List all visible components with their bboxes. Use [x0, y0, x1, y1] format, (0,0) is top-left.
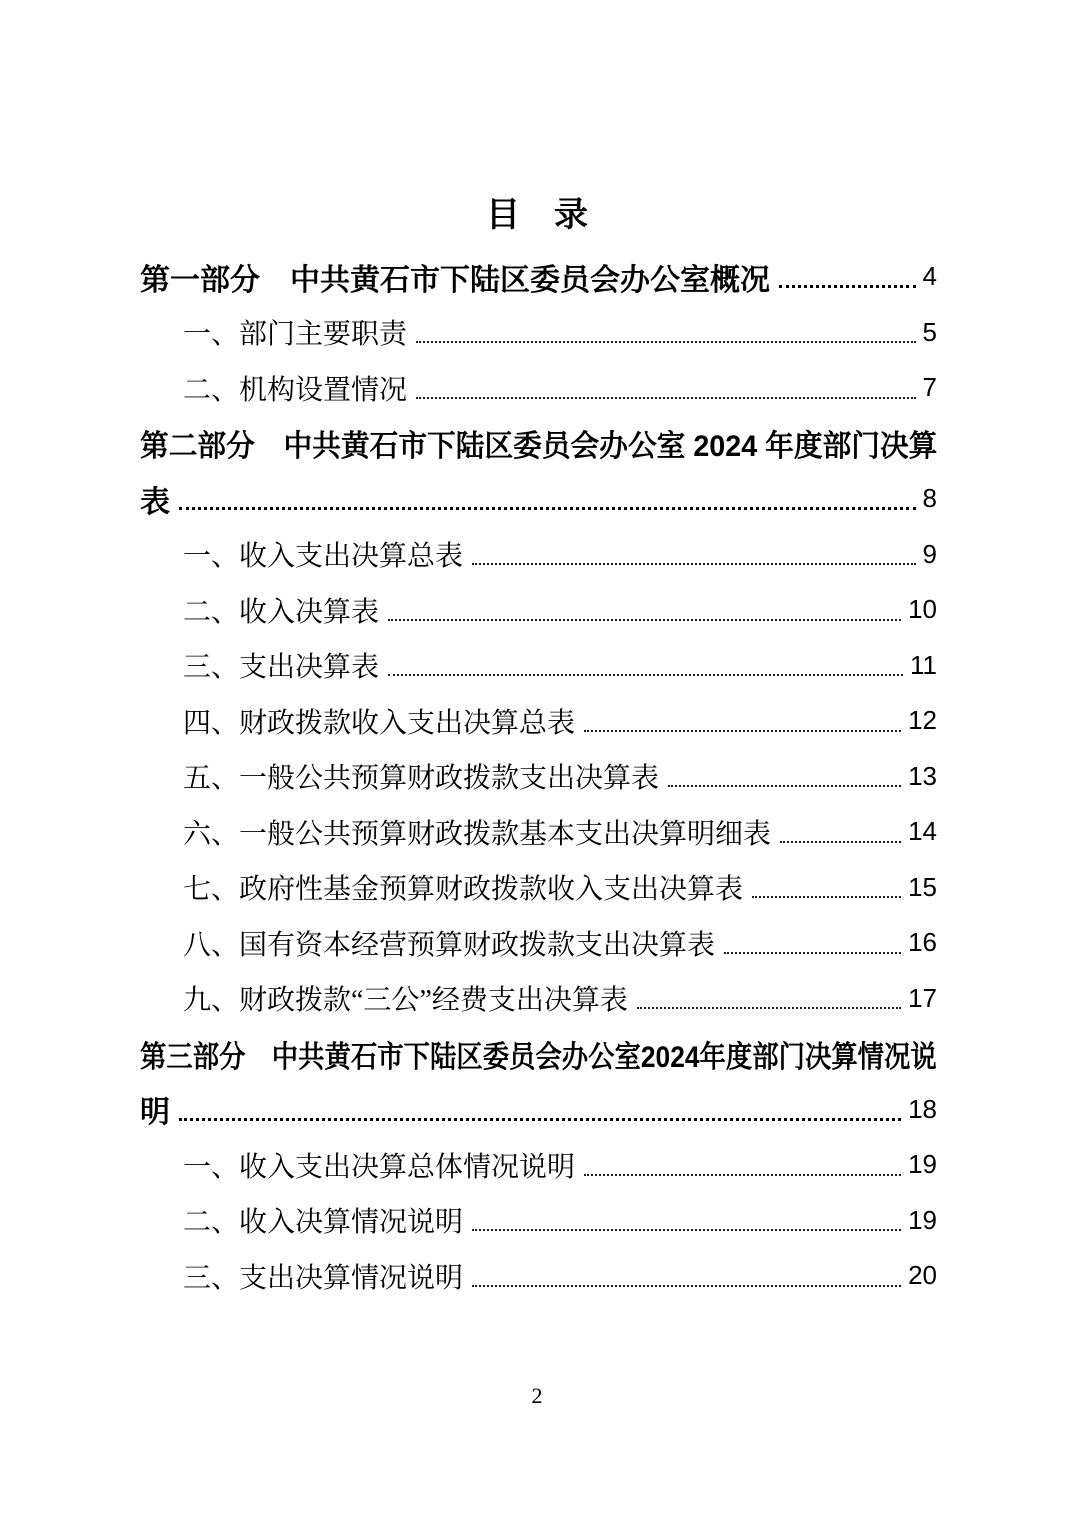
dot-leader [724, 952, 901, 954]
toc-entry-text: 三、支出决算表 [183, 645, 379, 685]
toc-entry-text: 二、收入决算情况说明 [183, 1200, 463, 1240]
toc-entry-text: 二、机构设置情况 [183, 368, 407, 408]
toc-entry[interactable]: 一、收入支出决算总体情况说明19 [140, 1137, 937, 1193]
toc-entry-page: 12 [908, 705, 937, 736]
toc-entry-text: 第一部分 中共黄石市下陆区委员会办公室概况 [140, 255, 770, 299]
toc-entry-text: 九、财政拨款“三公”经费支出决算表 [183, 978, 628, 1018]
footer-page-number: 2 [0, 1383, 1074, 1409]
toc-entry-page: 11 [910, 650, 937, 681]
dot-leader [780, 841, 901, 843]
toc-entry-page: 10 [908, 594, 937, 625]
toc-entry-text: 一、收入支出决算总体情况说明 [183, 1145, 575, 1185]
toc-entry-text: 三、支出决算情况说明 [183, 1256, 463, 1296]
document-page: 目 录 第一部分 中共黄石市下陆区委员会办公室概况4一、部门主要职责5二、机构设… [0, 0, 1074, 1520]
toc-entry[interactable]: 八、国有资本经营预算财政拨款支出决算表16 [140, 915, 937, 971]
toc-entry-page: 7 [923, 372, 937, 403]
dot-leader [179, 507, 916, 510]
toc-entry[interactable]: 第一部分 中共黄石市下陆区委员会办公室概况4 [140, 249, 937, 305]
toc-entry[interactable]: 五、一般公共预算财政拨款支出决算表13 [140, 749, 937, 805]
toc-title: 目 录 [0, 196, 1074, 237]
toc-entry-text: 八、国有资本经营预算财政拨款支出决算表 [183, 923, 715, 963]
toc-entry-page: 13 [908, 761, 937, 792]
toc-entry-text: 六、一般公共预算财政拨款基本支出决算明细表 [183, 812, 771, 852]
toc-entry-page: 4 [923, 261, 937, 292]
dot-leader [472, 563, 916, 565]
dot-leader [472, 1285, 901, 1287]
toc-entry-text: 五、一般公共预算财政拨款支出决算表 [183, 756, 659, 796]
toc-entry-page: 15 [908, 872, 937, 903]
dot-leader [584, 1174, 901, 1176]
toc-entry-page: 9 [923, 539, 937, 570]
dot-leader [416, 397, 916, 399]
toc-entry-page: 20 [908, 1260, 937, 1291]
dot-leader [179, 1118, 901, 1121]
dot-leader [388, 674, 903, 676]
toc-entry-text: 第三部分 中共黄石市下陆区委员会办公室2024年度部门决算情况说 [140, 1032, 937, 1076]
toc-entry[interactable]: 一、部门主要职责5 [140, 305, 937, 361]
toc-entry-page: 14 [908, 816, 937, 847]
dot-leader [388, 619, 901, 621]
toc-entry[interactable]: 第三部分 中共黄石市下陆区委员会办公室2024年度部门决算情况说 [140, 1026, 937, 1082]
toc-entry[interactable]: 七、政府性基金预算财政拨款收入支出决算表15 [140, 860, 937, 916]
dot-leader [584, 730, 901, 732]
dot-leader [752, 896, 901, 898]
toc-entry-text: 一、部门主要职责 [183, 312, 407, 352]
toc-entry-page: 16 [908, 927, 937, 958]
toc-entry-text: 四、财政拨款收入支出决算总表 [183, 701, 575, 741]
toc-entry[interactable]: 二、收入决算情况说明19 [140, 1193, 937, 1249]
toc-entry[interactable]: 六、一般公共预算财政拨款基本支出决算明细表14 [140, 804, 937, 860]
toc-entry[interactable]: 九、财政拨款“三公”经费支出决算表17 [140, 971, 937, 1027]
toc-entry-page: 19 [908, 1205, 937, 1236]
toc-entry-page: 8 [923, 483, 937, 514]
dot-leader [416, 341, 916, 343]
dot-leader [472, 1229, 901, 1231]
toc-entry[interactable]: 四、财政拨款收入支出决算总表12 [140, 693, 937, 749]
dot-leader [779, 285, 916, 288]
toc-entry-text: 明 [140, 1087, 170, 1131]
toc-entry-page: 19 [908, 1149, 937, 1180]
toc-entry-text: 一、收入支出决算总表 [183, 534, 463, 574]
toc-entry-text: 二、收入决算表 [183, 590, 379, 630]
toc-entry-page: 17 [908, 983, 937, 1014]
dot-leader [668, 785, 901, 787]
toc-entry-page: 5 [923, 317, 937, 348]
toc-entry-text: 表 [140, 477, 170, 521]
toc-entry[interactable]: 明18 [140, 1082, 937, 1138]
toc-entry[interactable]: 二、收入决算表10 [140, 582, 937, 638]
toc-entry-text: 第二部分 中共黄石市下陆区委员会办公室 2024 年度部门决算 [140, 421, 937, 465]
toc-entry[interactable]: 三、支出决算表11 [140, 638, 937, 694]
toc-list: 第一部分 中共黄石市下陆区委员会办公室概况4一、部门主要职责5二、机构设置情况7… [140, 249, 937, 1304]
toc-entry-page: 18 [908, 1094, 937, 1125]
toc-entry[interactable]: 第二部分 中共黄石市下陆区委员会办公室 2024 年度部门决算 [140, 416, 937, 472]
toc-entry-text: 七、政府性基金预算财政拨款收入支出决算表 [183, 867, 743, 907]
toc-entry[interactable]: 表8 [140, 471, 937, 527]
toc-entry[interactable]: 一、收入支出决算总表9 [140, 527, 937, 583]
toc-entry[interactable]: 三、支出决算情况说明20 [140, 1248, 937, 1304]
toc-entry[interactable]: 二、机构设置情况7 [140, 360, 937, 416]
dot-leader [637, 1007, 901, 1009]
